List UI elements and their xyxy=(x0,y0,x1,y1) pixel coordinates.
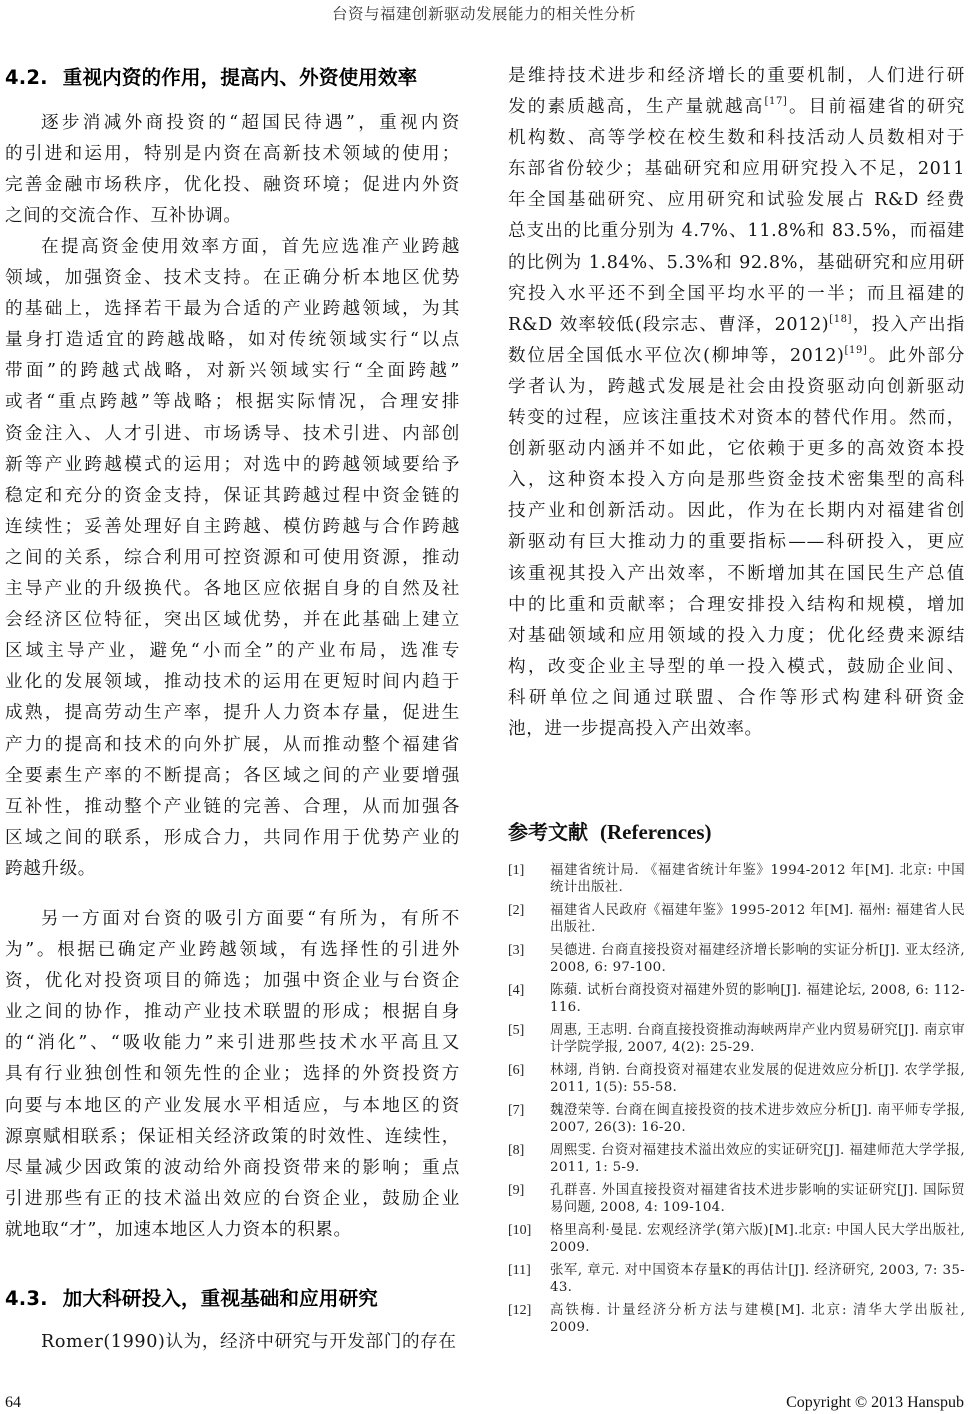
line-text: 池，进一步提高投入产出效率。 xyxy=(508,719,763,739)
paragraph-line: 完善金融市场秩序，优化投、融资环境；促进内外资 xyxy=(5,170,460,201)
reference-text: 周惠, 王志明. 台商直接投资推动海峡两岸产业内贸易研究[J]. 南京审计学院学… xyxy=(550,1022,965,1056)
paragraph-line: 另一方面对台资的吸引方面要“有所为，有所不 xyxy=(5,904,460,935)
reference-number: [11] xyxy=(508,1262,550,1296)
section-heading-4-2: 4.2. 重视内资的作用，提高内、外资使用效率 xyxy=(5,62,417,90)
paragraph-line: 构，改变企业主导型的单一投入模式，鼓励企业间、 xyxy=(508,652,965,683)
reference-number: [3] xyxy=(508,942,550,976)
line-text: 总支出的比重分别为 4.7%、11.8%和 83.5%，而福建 xyxy=(508,221,965,241)
paragraph-line: 成熟，提高劳动生产率，提升人力资本存量，促进生 xyxy=(5,698,460,729)
reference-text: 吴德进. 台商直接投资对福建经济增长影响的实证分析[J]. 亚太经济, 2008… xyxy=(550,942,965,976)
reference-item: [12]高铁梅. 计量经济分析方法与建模[M]. 北京: 清华大学出版社, 20… xyxy=(508,1302,965,1336)
paragraph-line: 入，这种资本投入方向是那些资金技术密集型的高科 xyxy=(508,465,965,496)
paragraph-line: 或者“重点跨越”等战略；根据实际情况，合理安排 xyxy=(5,387,460,418)
paragraph-4: Romer(1990)认为，经济中研究与开发部门的存在 xyxy=(5,1327,460,1358)
reference-number: [10] xyxy=(508,1222,550,1256)
line-text: 对基础领域和应用领域的投入力度；优化经费来源结 xyxy=(508,626,965,646)
reference-item: [7]魏澄荣等. 台商在闽直接投资的技术进步效应分析[J]. 南平师专学报, 2… xyxy=(508,1102,965,1136)
section-heading-4-3: 4.3. 加大科研投入，重视基础和应用研究 xyxy=(5,1283,378,1311)
paragraph-line: 区域主导产业，避免“小而全”的产业布局，选准专 xyxy=(5,636,460,667)
references-heading: 参考文献(References) xyxy=(508,816,712,845)
paragraph-line: 之间的交流合作、互补协调。 xyxy=(5,201,460,232)
running-head: 台资与福建创新驱动发展能力的相关性分析 xyxy=(0,2,968,24)
reference-text: 林翊, 肖钠. 台商投资对福建农业发展的促进效应分析[J]. 农学学报, 201… xyxy=(550,1062,965,1096)
line-text: 。目前福建省的研究 xyxy=(787,97,965,117)
reference-item: [11]张军, 章元. 对中国资本存量K的再估计[J]. 经济研究, 2003,… xyxy=(508,1262,965,1296)
references-title-en: (References) xyxy=(600,820,712,844)
line-text: 机构数、高等学校在校生数和科技活动人员数相对于 xyxy=(508,128,965,148)
paragraph-line: R&D 效率较低(段宗志、曹泽，2012)[18]，投入产出指 xyxy=(508,310,965,341)
reference-number: [9] xyxy=(508,1182,550,1216)
paragraph-line: 年全国基础研究、应用研究和试验发展占 R&D 经费 xyxy=(508,185,965,216)
paragraph-line: 引进那些有正的技术溢出效应的台资企业，鼓励企业 xyxy=(5,1184,460,1215)
line-text: 的比例为 1.84%、5.3%和 92.8%，基础研究和应用研 xyxy=(508,253,965,273)
reference-text: 孔群喜. 外国直接投资对福建省技术进步影响的实证研究[J]. 国际贸易问题, 2… xyxy=(550,1182,965,1216)
paragraph-line: 业之间的协作，推动产业技术联盟的形成；根据自身 xyxy=(5,997,460,1028)
paragraph-line: 具有行业独创性和领先性的企业；选择的外资投资方 xyxy=(5,1059,460,1090)
reference-item: [5]周惠, 王志明. 台商直接投资推动海峡两岸产业内贸易研究[J]. 南京审计… xyxy=(508,1022,965,1056)
paragraph-line: 资金注入、人才引进、市场诱导、技术引进、内部创 xyxy=(5,419,460,450)
line-text: 东部省份较少；基础研究和应用研究投入不足，2011 xyxy=(508,159,965,179)
paragraph-right: 是维持技术进步和经济增长的重要机制，人们进行研发的素质越高，生产量就越高[17]… xyxy=(508,61,965,745)
copyright: Copyright © 2013 Hanspub xyxy=(786,1394,964,1412)
paragraph-line: 业化的发展领域，推动技术的运用在更短时间内趋于 xyxy=(5,667,460,698)
line-text: 。此外部分 xyxy=(867,346,965,366)
reference-item: [2]福建省人民政府《福建年鉴》1995-2012 年[M]. 福州: 福建省人… xyxy=(508,902,965,936)
paragraph-line: 池，进一步提高投入产出效率。 xyxy=(508,714,965,745)
paragraph-line: 带面”的跨越式战略，对新兴领域实行“全面跨越” xyxy=(5,356,460,387)
line-text: 转变的过程，应该注重技术对资本的替代作用。然而， xyxy=(508,408,965,428)
line-text: 究投入水平还不到全国平均水平的一半；而且福建的 xyxy=(508,284,965,304)
paragraph-line: 产力的提高和技术的向外扩展，从而推动整个福建省 xyxy=(5,730,460,761)
line-text: 学者认为，跨越式发展是社会由投资驱动向创新驱动 xyxy=(508,377,965,397)
paragraph-line: 在提高资金使用效率方面，首先应选准产业跨越 xyxy=(5,232,460,263)
reference-item: [8]周熙雯. 台资对福建技术溢出效应的实证研究[J]. 福建师范大学学报, 2… xyxy=(508,1142,965,1176)
paragraph-line: 的基础上，选择若干最为合适的产业跨越领域，为其 xyxy=(5,294,460,325)
paragraph-line: 是维持技术进步和经济增长的重要机制，人们进行研 xyxy=(508,61,965,92)
paragraph-line: 总支出的比重分别为 4.7%、11.8%和 83.5%，而福建 xyxy=(508,216,965,247)
reference-text: 陈蘋. 试析台商投资对福建外贸的影响[J]. 福建论坛, 2008, 6: 11… xyxy=(550,982,965,1016)
line-text: 入，这种资本投入方向是那些资金技术密集型的高科 xyxy=(508,470,965,490)
line-text: 技产业和创新活动。因此，作为在长期内对福建省创 xyxy=(508,501,965,521)
paragraph-line: 资，优化对投资项目的筛选；加强中资企业与台资企 xyxy=(5,966,460,997)
citation-marker[interactable]: [19] xyxy=(845,345,868,356)
paragraph-line: 科研单位之间通过联盟、合作等形式构建科研资金 xyxy=(508,683,965,714)
paragraph-line: 向要与本地区的产业发展水平相适应，与本地区的资 xyxy=(5,1091,460,1122)
reference-number: [4] xyxy=(508,982,550,1016)
paragraph-3: 另一方面对台资的吸引方面要“有所为，有所不为”。根据已确定产业跨越领域，有选择性… xyxy=(5,904,460,1246)
paragraph-line: 对基础领域和应用领域的投入力度；优化经费来源结 xyxy=(508,621,965,652)
paragraph-line: 转变的过程，应该注重技术对资本的替代作用。然而， xyxy=(508,403,965,434)
reference-number: [7] xyxy=(508,1102,550,1136)
paragraph-line: 领域，加强资金、技术支持。在正确分析本地区优势 xyxy=(5,263,460,294)
reference-number: [12] xyxy=(508,1302,550,1336)
paragraph-line: 的比例为 1.84%、5.3%和 92.8%，基础研究和应用研 xyxy=(508,248,965,279)
paragraph-line: 跨越升级。 xyxy=(5,854,460,885)
citation-marker[interactable]: [17] xyxy=(764,96,787,107)
reference-text: 福建省统计局. 《福建省统计年鉴》1994-2012 年[M]. 北京: 中国统… xyxy=(550,862,965,896)
paragraph-line: 究投入水平还不到全国平均水平的一半；而且福建的 xyxy=(508,279,965,310)
section-title: 重视内资的作用，提高内、外资使用效率 xyxy=(63,66,418,89)
line-text: 构，改变企业主导型的单一投入模式，鼓励企业间、 xyxy=(508,657,965,677)
paragraph-line: Romer(1990)认为，经济中研究与开发部门的存在 xyxy=(5,1327,460,1358)
paragraph-line: 中的比重和贡献率；合理安排投入结构和规模，增加 xyxy=(508,590,965,621)
reference-text: 张军, 章元. 对中国资本存量K的再估计[J]. 经济研究, 2003, 7: … xyxy=(550,1262,965,1296)
line-text: 科研单位之间通过联盟、合作等形式构建科研资金 xyxy=(508,688,965,708)
paragraph-line: 之间的关系，综合利用可控资源和可使用资源，推动 xyxy=(5,543,460,574)
line-text: 新驱动有巨大推动力的重要指标——科研投入，更应 xyxy=(508,532,965,552)
reference-number: [8] xyxy=(508,1142,550,1176)
paragraph-line: 新驱动有巨大推动力的重要指标——科研投入，更应 xyxy=(508,527,965,558)
reference-item: [10]格里高利·曼昆. 宏观经济学(第六版)[M].北京: 中国人民大学出版社… xyxy=(508,1222,965,1256)
reference-number: [5] xyxy=(508,1022,550,1056)
reference-item: [9]孔群喜. 外国直接投资对福建省技术进步影响的实证研究[J]. 国际贸易问题… xyxy=(508,1182,965,1216)
reference-number: [6] xyxy=(508,1062,550,1096)
line-text: R&D 效率较低(段宗志、曹泽，2012) xyxy=(508,315,829,335)
line-text: 发的素质越高，生产量就越高 xyxy=(508,97,764,117)
paragraph-line: 该重视其投入产出效率，不断增加其在国民生产总值 xyxy=(508,559,965,590)
section-number: 4.3. xyxy=(5,1287,48,1310)
paragraph-2: 在提高资金使用效率方面，首先应选准产业跨越领域，加强资金、技术支持。在正确分析本… xyxy=(5,232,460,885)
paragraph-line: 新等产业跨越模式的运用；对选中的跨越领域要给予 xyxy=(5,450,460,481)
section-number: 4.2. xyxy=(5,66,48,89)
reference-text: 福建省人民政府《福建年鉴》1995-2012 年[M]. 福州: 福建省人民出版… xyxy=(550,902,965,936)
paragraph-line: 逐步消减外商投资的“超国民待遇”，重视内资 xyxy=(5,108,460,139)
paragraph-line: 区域之间的联系，形成合力，共同作用于优势产业的 xyxy=(5,823,460,854)
paragraph-line: 全要素生产率的不断提高；各区域之间的产业要增强 xyxy=(5,761,460,792)
reference-text: 魏澄荣等. 台商在闽直接投资的技术进步效应分析[J]. 南平师专学报, 2007… xyxy=(550,1102,965,1136)
paragraph-line: 机构数、高等学校在校生数和科技活动人员数相对于 xyxy=(508,123,965,154)
reference-number: [2] xyxy=(508,902,550,936)
paragraph-line: 的引进和运用，特别是内资在高新技术领域的使用； xyxy=(5,139,460,170)
reference-text: 高铁梅. 计量经济分析方法与建模[M]. 北京: 清华大学出版社, 2009. xyxy=(550,1302,965,1336)
paragraph-line: 稳定和充分的资金支持，保证其跨越过程中资金链的 xyxy=(5,481,460,512)
paragraph-line: 互补性，推动整个产业链的完善、合理，从而加强各 xyxy=(5,792,460,823)
paragraph-line: 连续性；妥善处理好自主跨越、模仿跨越与合作跨越 xyxy=(5,512,460,543)
paragraph-line: 的“消化”、“吸收能力”来引进那些技术水平高且又 xyxy=(5,1028,460,1059)
paragraph-line: 会经济区位特征，突出区域优势，并在此基础上建立 xyxy=(5,605,460,636)
line-text: 是维持技术进步和经济增长的重要机制，人们进行研 xyxy=(508,66,965,86)
line-text: 该重视其投入产出效率，不断增加其在国民生产总值 xyxy=(508,564,965,584)
paragraph-line: 尽量减少因政策的波动给外商投资带来的影响；重点 xyxy=(5,1153,460,1184)
paragraph-line: 技产业和创新活动。因此，作为在长期内对福建省创 xyxy=(508,496,965,527)
reference-item: [3]吴德进. 台商直接投资对福建经济增长影响的实证分析[J]. 亚太经济, 2… xyxy=(508,942,965,976)
paragraph-line: 学者认为，跨越式发展是社会由投资驱动向创新驱动 xyxy=(508,372,965,403)
paragraph-line: 主导产业的升级换代。各地区应依据自身的自然及社 xyxy=(5,574,460,605)
line-text: 数位居全国低水平位次(柳坤等，2012) xyxy=(508,346,845,366)
paragraph-line: 源禀赋相联系；保证相关经济政策的时效性、连续性， xyxy=(5,1122,460,1153)
paragraph-line: 数位居全国低水平位次(柳坤等，2012)[19]。此外部分 xyxy=(508,341,965,372)
reference-item: [6]林翊, 肖钠. 台商投资对福建农业发展的促进效应分析[J]. 农学学报, … xyxy=(508,1062,965,1096)
reference-text: 格里高利·曼昆. 宏观经济学(第六版)[M].北京: 中国人民大学出版社, 20… xyxy=(550,1222,965,1256)
reference-item: [1]福建省统计局. 《福建省统计年鉴》1994-2012 年[M]. 北京: … xyxy=(508,862,965,896)
reference-item: [4]陈蘋. 试析台商投资对福建外贸的影响[J]. 福建论坛, 2008, 6:… xyxy=(508,982,965,1016)
paragraph-line: 就地取“才”，加速本地区人力资本的积累。 xyxy=(5,1215,460,1246)
references-title-cn: 参考文献 xyxy=(508,820,588,844)
paragraph-line: 发的素质越高，生产量就越高[17]。目前福建省的研究 xyxy=(508,92,965,123)
paragraph-line: 创新驱动内涵并不如此，它依赖于更多的高效资本投 xyxy=(508,434,965,465)
line-text: 中的比重和贡献率；合理安排投入结构和规模，增加 xyxy=(508,595,965,615)
line-text: 年全国基础研究、应用研究和试验发展占 R&D 经费 xyxy=(508,190,965,210)
line-text: 创新驱动内涵并不如此，它依赖于更多的高效资本投 xyxy=(508,439,965,459)
reference-list: [1]福建省统计局. 《福建省统计年鉴》1994-2012 年[M]. 北京: … xyxy=(508,862,965,1342)
paragraph-line: 东部省份较少；基础研究和应用研究投入不足，2011 xyxy=(508,154,965,185)
citation-marker[interactable]: [18] xyxy=(829,314,852,325)
reference-text: 周熙雯. 台资对福建技术溢出效应的实证研究[J]. 福建师范大学学报, 2011… xyxy=(550,1142,965,1176)
paragraph-line: 为”。根据已确定产业跨越领域，有选择性的引进外 xyxy=(5,935,460,966)
reference-number: [1] xyxy=(508,862,550,896)
section-title: 加大科研投入，重视基础和应用研究 xyxy=(63,1287,378,1310)
line-text: ，投入产出指 xyxy=(852,315,965,335)
page-number: 64 xyxy=(5,1394,21,1412)
paragraph-1: 逐步消减外商投资的“超国民待遇”，重视内资的引进和运用，特别是内资在高新技术领域… xyxy=(5,108,460,232)
paragraph-line: 量身打造适宜的跨越战略，如对传统领域实行“以点 xyxy=(5,325,460,356)
